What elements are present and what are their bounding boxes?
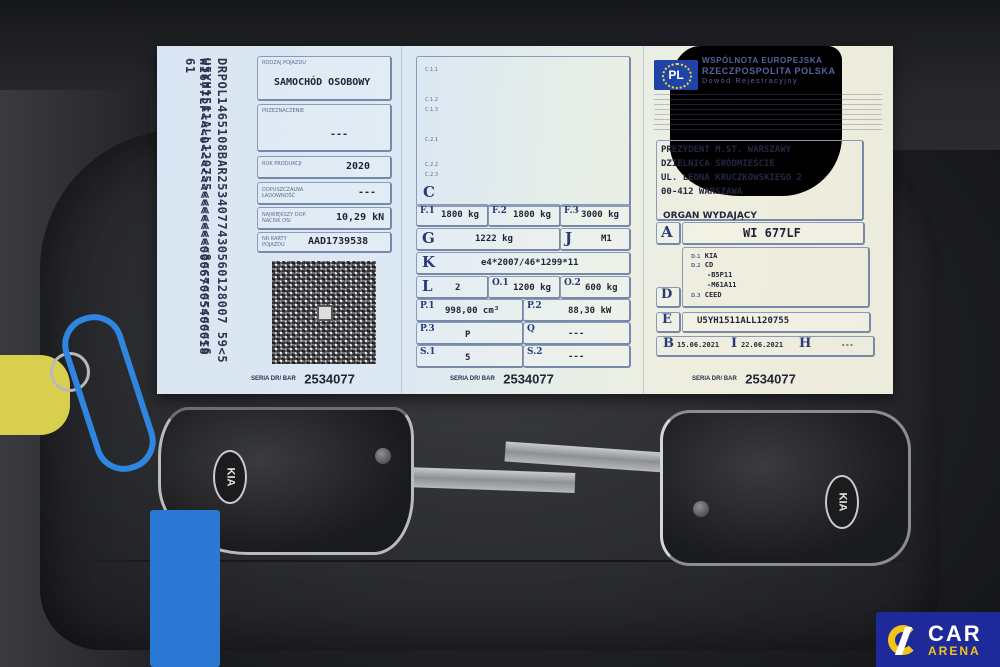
mrz-zone: DRPOL1465108BAR2534077430560128007 59<5 … (177, 58, 231, 378)
car-arena-mark-icon (888, 625, 918, 655)
field-o2: O.2 600 kg (560, 276, 631, 299)
fold-button-icon (693, 501, 709, 517)
eu-flag-icon: PL (654, 60, 698, 90)
document-panel-1: DRPOL1465108BAR2534077430560128007 59<5 … (157, 46, 399, 394)
car-arena-logo: CAR ARENA (876, 612, 1000, 667)
serial-number: SERIA DR/ BAR 2534077 (450, 370, 554, 388)
owner-section: C.1.1 C.1.2 C.1.3 C.2.1 C.2.2 C.2.3 C (416, 56, 631, 207)
field-s2: S.2 --- (523, 345, 631, 368)
field-q: Q --- (523, 322, 631, 345)
field-p2: P.2 88,30 kW (523, 299, 631, 322)
mrz-line: DRPOL1465108BAR2534077430560128007 59<5 (215, 58, 229, 363)
field-purpose: Przeznaczenie --- (257, 104, 392, 152)
document-panel-3: PL WSPÓLNOTA EUROPEJSKA RZECZPOSPOLITA P… (643, 46, 894, 394)
dates-row: B 15.06.2021 I 22.06.2021 H --- (656, 336, 875, 357)
code-a: A (656, 222, 681, 245)
issuing-authority: PREZYDENT M.ST. WARSZAWY DZIELNICA ŚRÓDM… (656, 140, 864, 221)
field-vin: U5YH1511ALL120755 (682, 312, 871, 333)
qr-code (272, 261, 376, 364)
code-e: E (656, 312, 681, 333)
field-p1: P.1 998,00 cm³ (416, 299, 524, 322)
field-f1: F.1 1800 kg (416, 204, 489, 227)
field-f3: F.3 3000 kg (560, 204, 631, 227)
field-f2: F.2 1800 kg (488, 204, 561, 227)
kia-logo-icon: KIA (825, 475, 859, 529)
field-s1: S.1 5 (416, 345, 524, 368)
field-vehicle-type: Rodzaj pojazdu SAMOCHÓD OSOBOWY (257, 56, 392, 101)
field-production-year: Rok produkcji 2020 (257, 156, 392, 179)
serial-number: SERIA DR/ BAR 2534077 (692, 370, 796, 388)
field-o1: O.1 1200 kg (488, 276, 561, 299)
document-panel-2: C.1.1 C.1.2 C.1.3 C.2.1 C.2.2 C.2.3 C F.… (401, 46, 642, 394)
field-registration-number: WI 677LF (682, 222, 865, 245)
fine-print (654, 94, 882, 134)
field-load-capacity: Dopuszczalna ładowność --- (257, 182, 392, 205)
mrz-line: WI677LF<<<0<<<<<<<<<<<<<00067005400018 6… (183, 58, 211, 378)
blue-key-tag (150, 510, 220, 667)
field-k: K e4*2007/46*1299*11 (416, 252, 631, 275)
field-p3: P.3 P (416, 322, 524, 345)
field-vehicle-card-number: Nr karty pojazdu AAD1739538 (257, 232, 392, 253)
field-axle-load: Największy dop. nacisk osi 10,29 kN (257, 207, 392, 230)
field-l: L 2 (416, 276, 489, 299)
registration-document: DRPOL1465108BAR2534077430560128007 59<5 … (157, 46, 893, 394)
fold-button-icon (375, 448, 391, 464)
serial-number: SERIA DR/ BAR 2534077 (251, 370, 355, 388)
code-d: D (656, 287, 681, 308)
car-key-fob-2: KIA (660, 410, 911, 566)
field-j: J M1 (560, 228, 631, 251)
field-make-model: D.1 KIA D.2 CD -B5P11 -M61A11 D.3 CEED (682, 247, 870, 308)
field-g: G 1222 kg (416, 228, 561, 251)
kia-logo-icon: KIA (213, 450, 247, 504)
